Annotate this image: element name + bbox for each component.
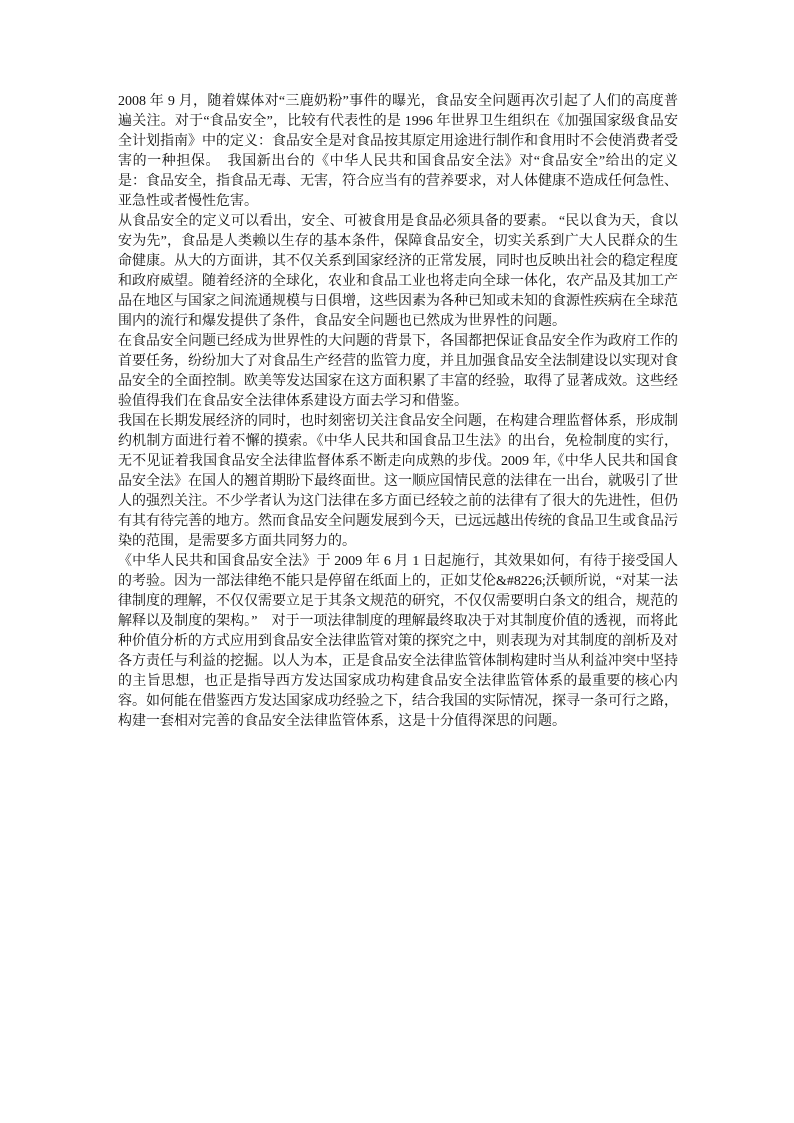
document-page: 2008 年 9 月，随着媒体对“三鹿奶粉”事件的曝光，食品安全问题再次引起了人…: [0, 0, 794, 1123]
paragraph-law-implementation: 《中华人民共和国食品安全法》于 2009 年 6 月 1 日起施行，其效果如何，…: [118, 552, 678, 732]
paragraph-intro-definition: 2008 年 9 月，随着媒体对“三鹿奶粉”事件的曝光，食品安全问题再次引起了人…: [118, 92, 678, 212]
document-text-body: 2008 年 9 月，随着媒体对“三鹿奶粉”事件的曝光，食品安全问题再次引起了人…: [118, 92, 678, 732]
paragraph-importance: 从食品安全的定义可以看出，安全、可被食用是食品必须具备的要素。 “民以食为天，食…: [118, 212, 678, 332]
paragraph-global-context: 在食品安全问题已经成为世界性的大问题的背景下，各国都把保证食品安全作为政府工作的…: [118, 332, 678, 412]
paragraph-china-progress: 我国在长期发展经济的同时，也时刻密切关注食品安全问题，在构建合理监督体系，形成制…: [118, 412, 678, 552]
